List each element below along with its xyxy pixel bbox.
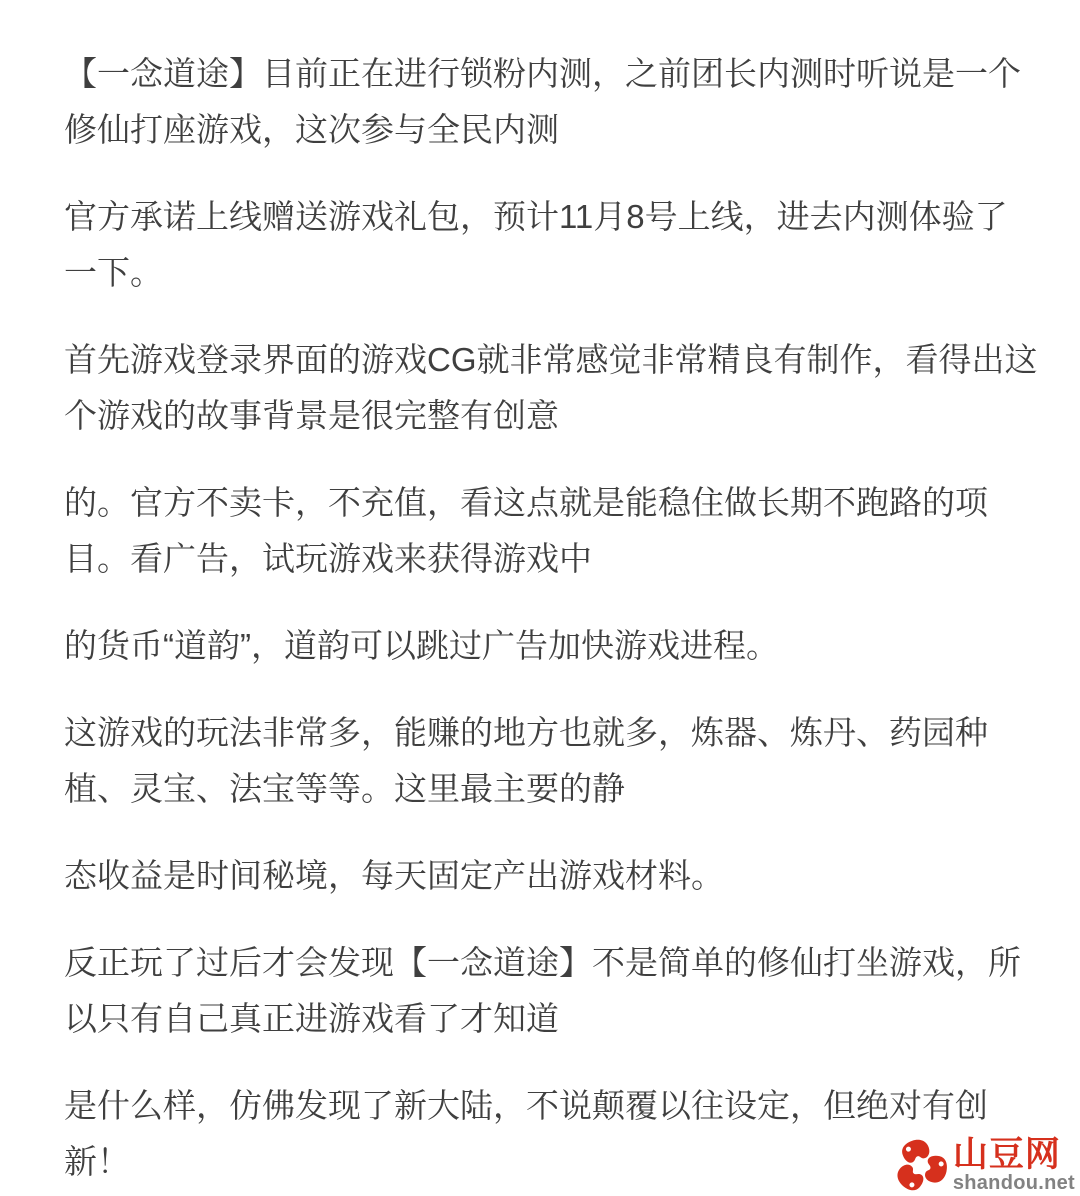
article-paragraph: 【一念道途】目前正在进行锁粉内测，之前团长内测时听说是一个 修仙打座游戏，这次参… [64, 46, 1040, 158]
article-paragraph: 官方承诺上线赠送游戏礼包，预计11月8号上线，进去内测体验了 一下。 [64, 189, 1040, 301]
site-name: 山豆网 [953, 1138, 1061, 1171]
three-beans-icon [892, 1137, 950, 1193]
article-paragraph: 这游戏的玩法非常多，能赚的地方也就多，炼器、炼丹、药园种 植、灵宝、法宝等等。这… [64, 705, 1040, 817]
article-paragraph: 的。官方不卖卡，不充值，看这点就是能稳住做长期不跑路的项 目。看广告，试玩游戏来… [64, 475, 1040, 587]
article-paragraph: 态收益是时间秘境，每天固定产出游戏材料。 [64, 848, 1040, 904]
article-paragraph: 的货币“道韵”，道韵可以跳过广告加快游戏进程。 [64, 618, 1040, 674]
article-paragraph: 反正玩了过后才会发现【一念道途】不是简单的修仙打坐游戏，所 以只有自己真正进游戏… [64, 935, 1040, 1047]
article-paragraph: 首先游戏登录界面的游戏CG就非常感觉非常精良有制作，看得出这 个游戏的故事背景是… [64, 332, 1040, 444]
watermark-text-block: 山豆网 shandou.net [953, 1138, 1075, 1193]
site-url: shandou.net [953, 1173, 1075, 1193]
site-watermark: 山豆网 shandou.net [892, 1137, 1075, 1193]
article-body: 【一念道途】目前正在进行锁粉内测，之前团长内测时听说是一个 修仙打座游戏，这次参… [0, 0, 1080, 1190]
